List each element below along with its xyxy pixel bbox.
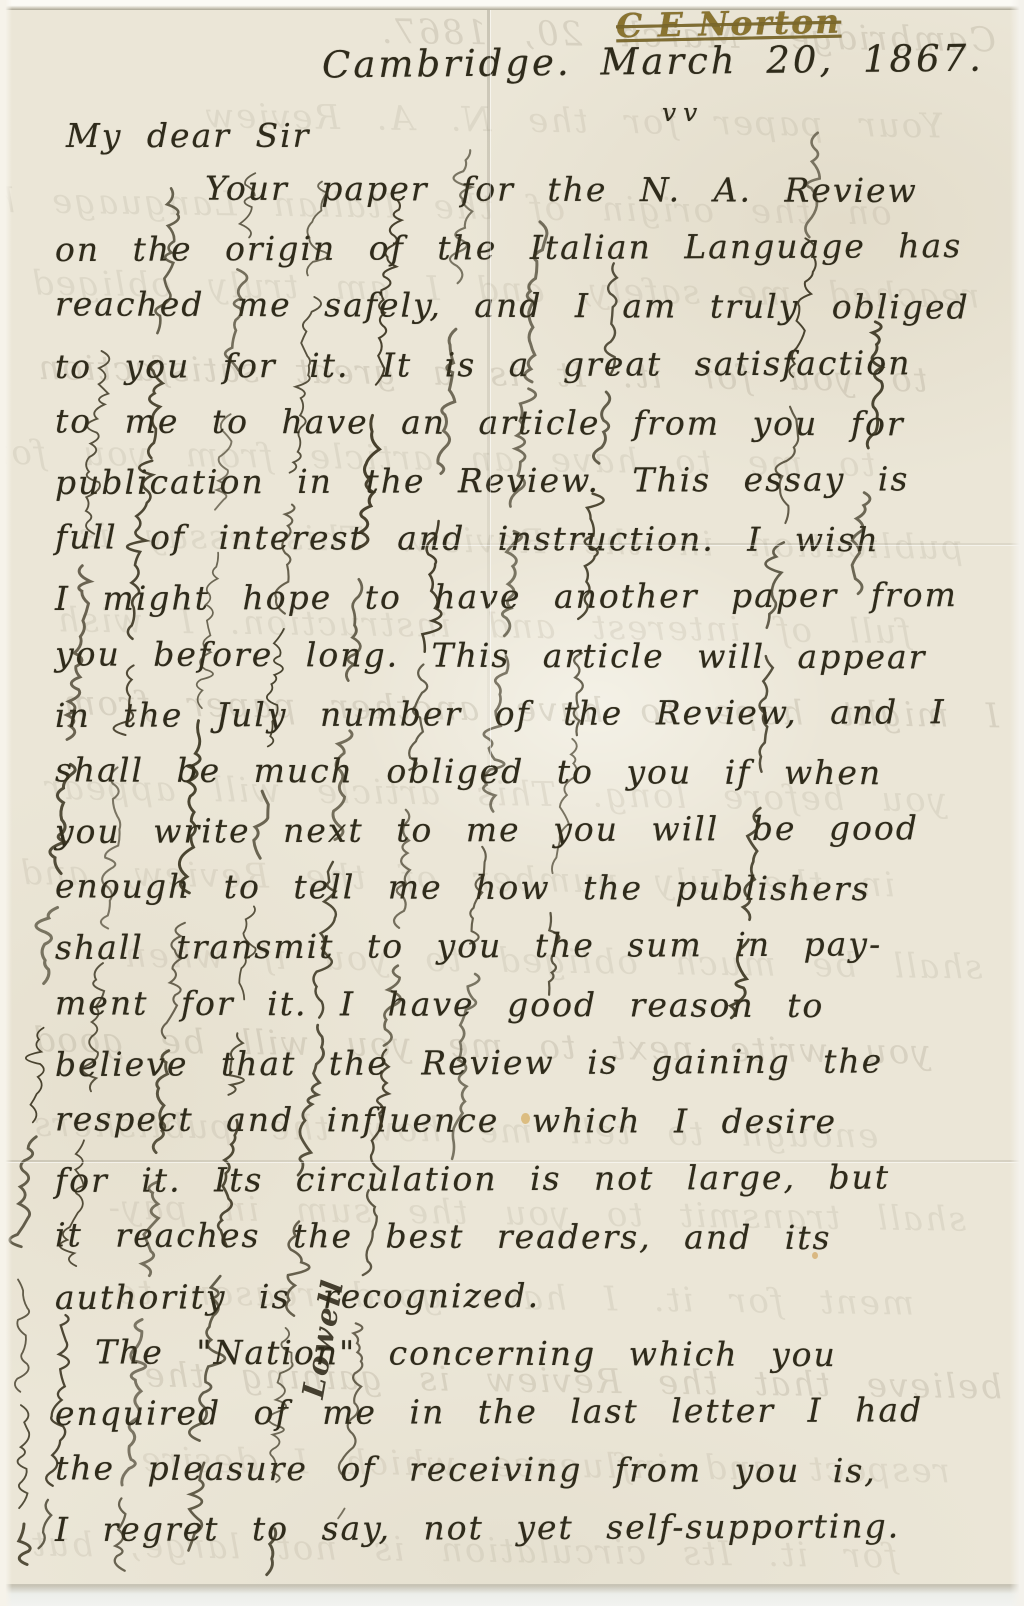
ink-stain-small <box>812 1252 818 1259</box>
letter-line: publication in the Review. This essay is <box>55 459 994 521</box>
scan-edge-bottom <box>0 1584 1024 1606</box>
letter-line: in the July number of the Review, and I <box>55 692 994 754</box>
letter-line: I might hope to have another paper from <box>55 575 994 637</box>
ink-stain <box>521 1113 530 1124</box>
cross-writing-stroke <box>10 1137 37 1247</box>
letter-line: for it. Its circulation is not large, bu… <box>55 1157 994 1219</box>
salutation: My dear Sir <box>66 116 310 155</box>
letter-line: ment for it. I have good reason to <box>55 983 994 1044</box>
letter-line: Your paper for the N. A. Review <box>205 169 994 230</box>
scan-edge-top <box>0 0 1024 10</box>
letter-line: the pleasure of receiving from you is, <box>55 1448 994 1509</box>
letter-body: Your paper for the N. A. Reviewon the or… <box>55 170 994 1567</box>
bleedthrough-line: Your paper for the N. A. Review <box>203 96 944 146</box>
cross-writing-stroke <box>19 1524 30 1565</box>
scan-edge-right <box>1010 0 1024 1606</box>
letter-line: believe that the Review is gaining the <box>55 1041 994 1103</box>
letter-line: respect and influence which I desire <box>55 1099 994 1160</box>
cross-writing-stroke <box>39 1500 52 1548</box>
letter-line: it reaches the best readers, and its <box>55 1216 994 1277</box>
letter-line: enough to tell me how the publishers <box>55 867 994 928</box>
letter-line: on the origin of the Italian Language ha… <box>55 226 994 288</box>
scan-edge-left <box>0 0 12 1606</box>
letter-line: enquired of me in the last letter I had <box>55 1390 994 1452</box>
cross-writing-stroke <box>26 1028 44 1123</box>
cross-writing-stroke <box>18 1405 30 1508</box>
cross-writing-stroke <box>15 1280 29 1392</box>
letter-page: Cambridge. March 20, 1867.Your paper for… <box>0 0 1024 1606</box>
letter-line: to me to have an article from you for <box>55 401 994 462</box>
checkmarks: vv <box>662 98 704 127</box>
letter-line: you before long. This article will appea… <box>55 634 994 695</box>
dateline: Cambridge. March 20, 1867. <box>322 37 984 87</box>
letter-line: full of interest and instruction. I wish <box>55 517 994 578</box>
letter-line: reached me safely, and I am truly oblige… <box>55 285 994 346</box>
letter-line: to you for it. It is a great satisfactio… <box>55 343 994 405</box>
letter-line: authority is recognized. <box>55 1274 994 1336</box>
letter-line: I regret to say, not yet self-supporting… <box>55 1506 994 1568</box>
letter-line: shall transmit to you the sum in pay- <box>55 924 994 986</box>
letter-line: you write next to me you will be good <box>55 808 994 870</box>
letter-line: shall be much obliged to you if when <box>55 750 994 811</box>
letter-line: The "Nation" concerning which you <box>95 1332 994 1393</box>
